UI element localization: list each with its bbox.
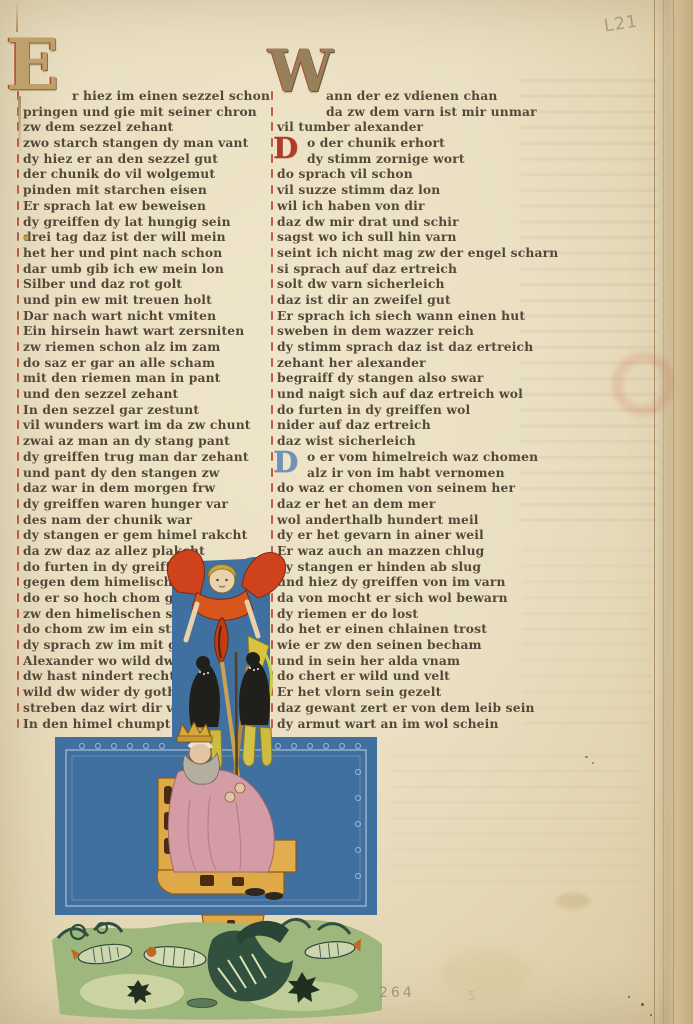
manuscript-line: dy greiffen trug man dar zehant	[16, 449, 268, 465]
manuscript-line: alz ir von im habt vernomen	[270, 465, 522, 481]
speck	[628, 996, 630, 998]
manuscript-line: zw dem sezzel zehant	[16, 119, 268, 135]
griffin-right-legs	[243, 725, 256, 766]
manuscript-line: daz ist dir an zweifel gut	[270, 292, 522, 308]
manuscript-line: sweben in dem wazzer reich	[270, 323, 522, 339]
manuscript-line: do saz er gar an alle scham	[16, 355, 268, 371]
manuscript-line: dy stimm sprach daz ist daz ertreich	[270, 339, 522, 355]
manuscript-line: Er sprach lat ew beweisen	[16, 198, 268, 214]
manuscript-line: het her und pint nach schon	[16, 245, 268, 261]
gold-fleck	[24, 236, 28, 240]
manuscript-line: zw riemen schon alz im zam	[16, 339, 268, 355]
manuscript-line: und den sezzel zehant	[16, 386, 268, 402]
miniature-illustration	[50, 540, 390, 1024]
manuscript-line: solt dw varn sicherleich	[270, 276, 522, 292]
manuscript-line: drei tag daz ist der will mein	[16, 229, 268, 245]
show-through-initial	[612, 352, 674, 416]
manuscript-line: dar umb gib ich ew mein lon	[16, 261, 268, 277]
manuscript-page: E W r hiez im einen sezzel schonpringen …	[0, 0, 693, 1024]
show-through-text	[520, 70, 658, 530]
manuscript-line: mit den riemen man in pant	[16, 370, 268, 386]
manuscript-line: begraiff dy stangen also swar	[270, 370, 522, 386]
manuscript-line: daz wist sicherleich	[270, 433, 522, 449]
speck	[650, 1014, 652, 1016]
manuscript-line: seint ich nicht mag zw der engel scharn	[270, 245, 522, 261]
manuscript-line: dy hiez er an den sezzel gut	[16, 151, 268, 167]
manuscript-line: zwai az man an dy stang pant	[16, 433, 268, 449]
manuscript-line: des nam der chunik war	[16, 512, 268, 528]
faint-mark: 5	[468, 989, 476, 1003]
manuscript-line: vil wunders wart im da zw chunt	[16, 417, 268, 433]
manuscript-line: Er sprach ich siech wann einen hut	[270, 308, 522, 324]
manuscript-line: vil tumber alexander	[270, 119, 522, 135]
manuscript-line: dy greiffen dy lat hungig sein	[16, 214, 268, 230]
folio-mark: L21	[603, 11, 640, 36]
manuscript-line: daz er het an dem mer	[270, 496, 522, 512]
page-fore-edge	[654, 0, 693, 1024]
manuscript-line: und pant dy den stangen zw	[16, 465, 268, 481]
stain	[440, 948, 530, 998]
illuminated-initial-right: W	[268, 42, 333, 100]
manuscript-line: si sprach auf daz ertreich	[270, 261, 522, 277]
manuscript-line: daz dw mir drat und schir	[270, 214, 522, 230]
manuscript-line: Do der chunik erhort	[270, 135, 522, 151]
manuscript-line: wol anderthalb hundert meil	[270, 512, 522, 528]
manuscript-line: do furten in dy greiffen wol	[270, 402, 522, 418]
manuscript-line: Silber und daz rot golt	[16, 276, 268, 292]
stain	[556, 893, 590, 909]
manuscript-line: nider auf daz ertreich	[270, 417, 522, 433]
king-hand	[225, 792, 235, 802]
manuscript-line: In den sezzel gar zestunt	[16, 402, 268, 418]
manuscript-line: zehant her alexander	[270, 355, 522, 371]
manuscript-line: dy stimm zornige wort	[270, 151, 522, 167]
manuscript-line: sagst wo ich sull hin varn	[270, 229, 522, 245]
speck	[585, 756, 588, 758]
manuscript-line: und naigt sich auf daz ertreich wol	[270, 386, 522, 402]
manuscript-line: vil suzze stimm daz lon	[270, 182, 522, 198]
manuscript-line: der chunik do vil wolgemut	[16, 166, 268, 182]
manuscript-line: Ein hirsein hawt wart zersniten	[16, 323, 268, 339]
manuscript-line: und pin ew mit treuen holt	[16, 292, 268, 308]
show-through-text	[390, 745, 640, 895]
illuminated-initial-left: E	[6, 30, 59, 100]
speck	[641, 1003, 644, 1006]
king-shoe	[245, 888, 265, 896]
miniature-canvas	[50, 540, 390, 1024]
manuscript-line: Dar nach wart nicht vmiten	[16, 308, 268, 324]
manuscript-line: wil ich haben von dir	[270, 198, 522, 214]
manuscript-line: do sprach vil schon	[270, 166, 522, 182]
manuscript-line: daz war in dem morgen frw	[16, 480, 268, 496]
manuscript-line: pringen und gie mit seiner chron	[16, 104, 268, 120]
show-through-text	[522, 540, 652, 730]
king-shoe	[265, 892, 283, 900]
manuscript-line: dy greiffen waren hunger var	[16, 496, 268, 512]
manuscript-line: da zw dem varn ist mir unmar	[270, 104, 522, 120]
manuscript-line: pinden mit starchen eisen	[16, 182, 268, 198]
king-hand	[235, 783, 245, 793]
throne-base	[157, 870, 284, 894]
manuscript-line: Do er vom himelreich waz chomen	[270, 449, 522, 465]
manuscript-line: zwo starch stangen dy man vant	[16, 135, 268, 151]
manuscript-line: do waz er chomen von seinem her	[270, 480, 522, 496]
page-number: 264	[379, 985, 415, 1001]
speck	[592, 762, 594, 764]
